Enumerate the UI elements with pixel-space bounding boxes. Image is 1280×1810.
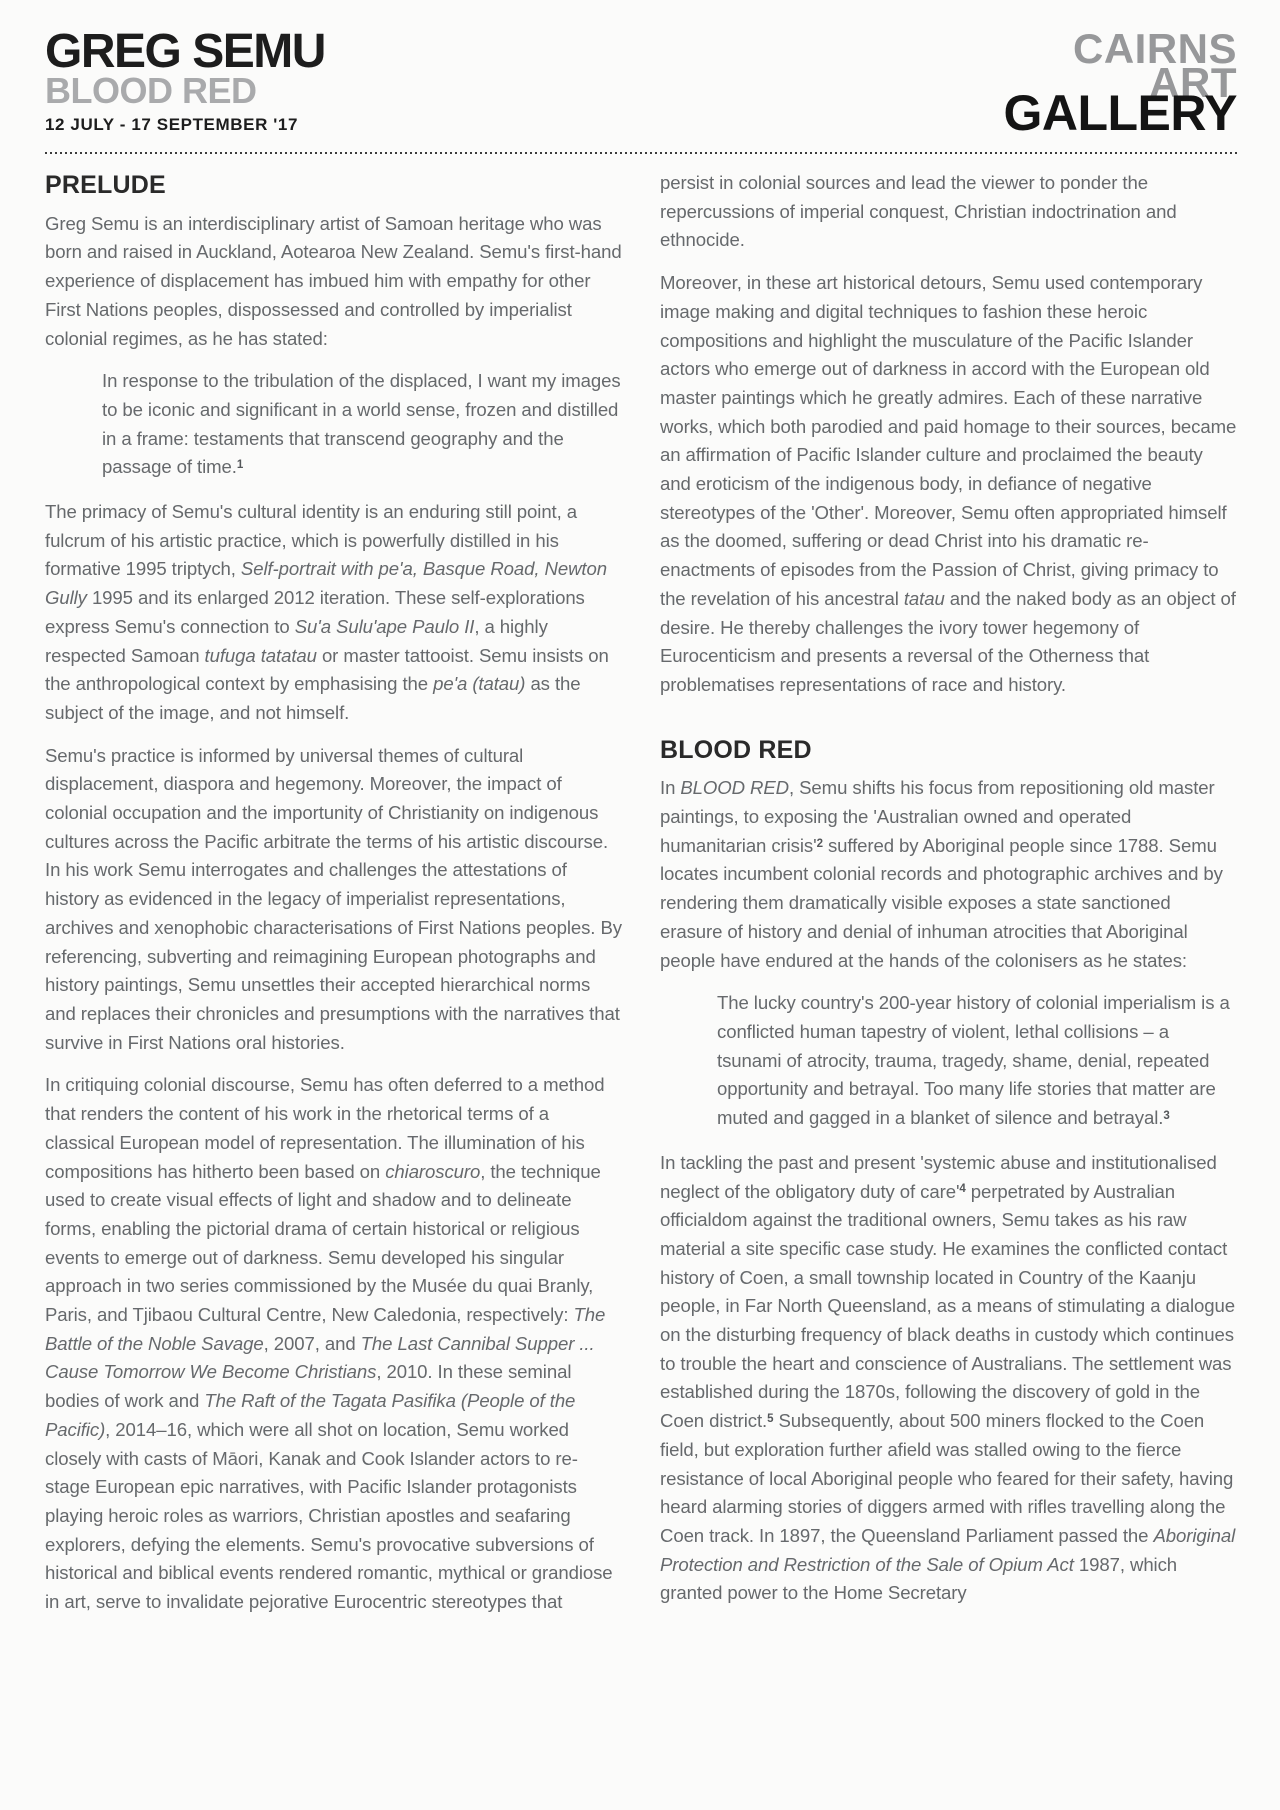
right-column: persist in colonial sources and lead the… (660, 169, 1237, 1631)
footnote-marker: 5 (767, 1413, 773, 1425)
paragraph: persist in colonial sources and lead the… (660, 169, 1237, 255)
artist-name: GREG SEMU (45, 30, 325, 74)
footnote-marker: 1 (237, 459, 243, 471)
left-column: PRELUDEGreg Semu is an interdisciplinary… (45, 169, 622, 1631)
paragraph: Greg Semu is an interdisciplinary artist… (45, 210, 622, 354)
page-header: GREG SEMU BLOOD RED 12 JULY - 17 SEPTEMB… (45, 26, 1237, 150)
essay-body: PRELUDEGreg Semu is an interdisciplinary… (45, 169, 1237, 1631)
section-heading: BLOOD RED (660, 736, 1237, 765)
footnote-marker: 2 (817, 838, 823, 850)
exhibition-title-block: GREG SEMU BLOOD RED 12 JULY - 17 SEPTEMB… (45, 26, 325, 135)
blockquote: In response to the tribulation of the di… (102, 367, 622, 482)
exhibition-dates: 12 JULY - 17 SEPTEMBER '17 (45, 115, 325, 135)
gallery-logo: CAIRNS ART GALLERY (1003, 26, 1237, 133)
paragraph: In tackling the past and present 'system… (660, 1149, 1237, 1608)
section-heading: PRELUDE (45, 171, 622, 200)
footnote-marker: 4 (959, 1183, 965, 1195)
paragraph: Moreover, in these art historical detour… (660, 269, 1237, 700)
paragraph: In critiquing colonial discourse, Semu h… (45, 1071, 622, 1616)
document-page: GREG SEMU BLOOD RED 12 JULY - 17 SEPTEMB… (0, 0, 1280, 1810)
footnote-marker: 3 (1163, 1110, 1169, 1122)
logo-word-gallery: GALLERY (1003, 93, 1237, 133)
blockquote: The lucky country's 200-year history of … (717, 989, 1237, 1133)
paragraph: The primacy of Semu's cultural identity … (45, 498, 622, 728)
exhibition-title: BLOOD RED (45, 74, 325, 108)
paragraph: In BLOOD RED, Semu shifts his focus from… (660, 774, 1237, 975)
dotted-divider (45, 152, 1237, 155)
paragraph: Semu's practice is informed by universal… (45, 742, 622, 1058)
